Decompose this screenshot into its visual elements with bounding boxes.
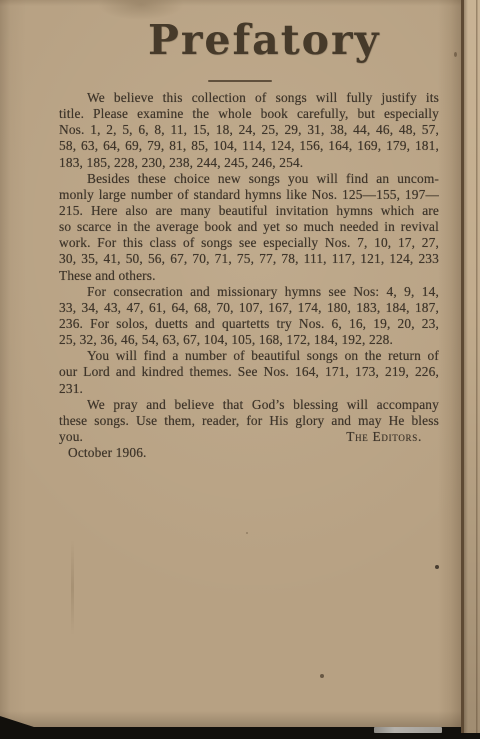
scanned-book-page: Prefatory We believe this collection of …: [0, 0, 480, 739]
text-line: Nos. 1, 2, 5, 6, 8, 11, 15, 18, 24, 25, …: [59, 122, 439, 138]
page-edge-shading: [438, 0, 461, 727]
title-rule: [208, 80, 272, 82]
text-line: 30, 35, 41, 50, 56, 67, 70, 71, 75, 77, …: [59, 251, 439, 267]
paper-crease: [71, 540, 74, 635]
text-line: 33, 34, 43, 47, 61, 64, 68, 70, 107, 167…: [59, 300, 439, 316]
text-line: 183, 185, 228, 230, 238, 244, 245, 246, …: [59, 155, 439, 171]
text-line: You will find a number of beautiful song…: [59, 348, 439, 364]
text-line: These and others.: [59, 268, 439, 284]
paper-speck: [320, 674, 324, 678]
text-line: 58, 63, 64, 69, 79, 81, 85, 104, 114, 12…: [59, 138, 439, 154]
text-line: our Lord and kindred themes. See Nos. 16…: [59, 364, 439, 380]
text-line: Besides these choice new songs you will …: [59, 171, 439, 187]
fore-edge-strip: [461, 0, 480, 733]
book-page: Prefatory We believe this collection of …: [0, 0, 461, 727]
paper-speck: [435, 565, 439, 569]
text-line: 25, 32, 36, 46, 54, 63, 67, 104, 105, 16…: [59, 332, 439, 348]
page-edge-sliver: [374, 727, 442, 733]
text-line: these songs. Use them, reader, for His g…: [59, 413, 439, 429]
text-line: 215. Here also are many beautiful invita…: [59, 203, 439, 219]
text-line: 231.: [59, 381, 439, 397]
signoff-editors: The Editors.: [346, 429, 439, 445]
text-line: so scarce in the average book and yet so…: [59, 219, 439, 235]
text-line: For consecration and missionary hymns se…: [59, 284, 439, 300]
paper-speck: [454, 52, 457, 57]
signoff-row: you.The Editors.: [59, 429, 439, 445]
body-text: We believe this collection of songs will…: [59, 90, 439, 461]
text-line: We believe this collection of songs will…: [59, 90, 439, 106]
text-line: We pray and believe that God’s blessing …: [59, 397, 439, 413]
text-line: title. Please examine the whole book car…: [59, 106, 439, 122]
paper-speck: [246, 532, 248, 534]
page-title: Prefatory: [148, 14, 380, 66]
text-line: work. For this class of songs see especi…: [59, 235, 439, 251]
text-line: 236. For solos, duetts and quartetts try…: [59, 316, 439, 332]
text-line: monly large number of standard hymns lik…: [59, 187, 439, 203]
date-line: October 1906.: [59, 445, 439, 461]
signoff-you: you.: [59, 429, 83, 445]
